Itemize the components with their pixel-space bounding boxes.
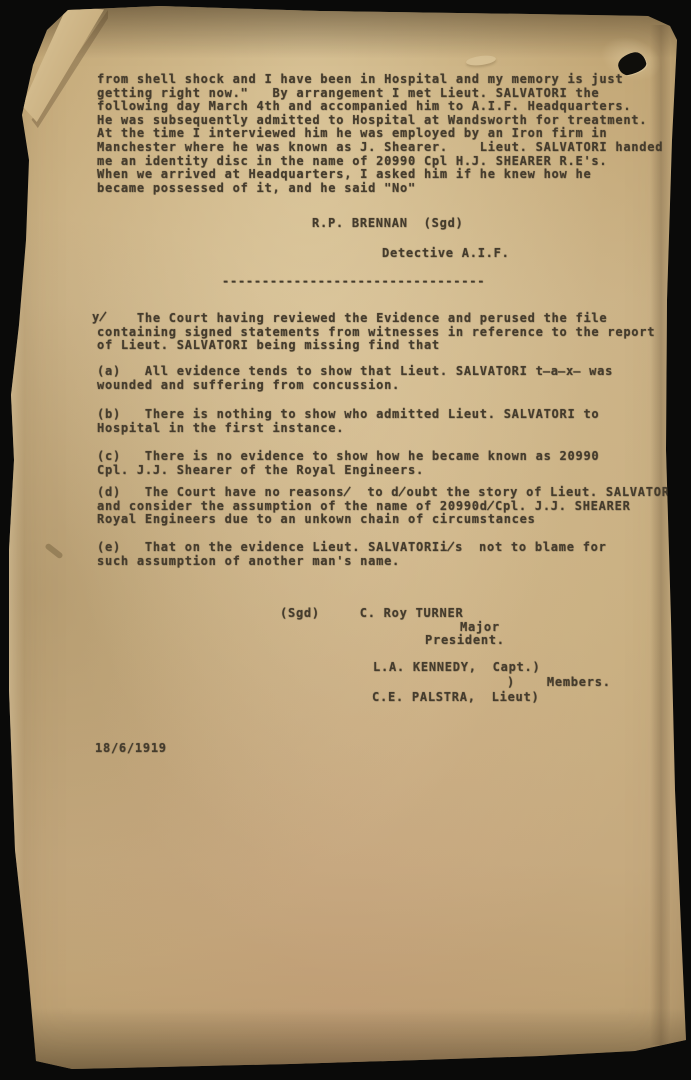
document-scan: from shell shock and I have been in Hosp… — [0, 0, 691, 1080]
court-review-paragraph: The Court having reviewed the Evidence a… — [97, 312, 655, 353]
finding-c: (c) There is no evidence to show how he … — [97, 450, 599, 477]
dashed-divider: --------------------------------- — [222, 275, 485, 289]
member-kennedy-line: L.A. KENNEDY, Capt.) — [373, 661, 540, 675]
document-date: 18/6/1919 — [95, 742, 167, 756]
members-brace-label: ) Members. — [507, 676, 611, 690]
finding-a: (a) All evidence tends to show that Lieu… — [97, 365, 613, 392]
crease-dimple — [466, 54, 497, 67]
opening-paragraph: from shell shock and I have been in Hosp… — [97, 73, 663, 195]
detective-title-line: Detective A.I.F. — [382, 247, 510, 261]
brennan-signature-line: R.P. BRENNAN (Sgd) — [312, 217, 464, 231]
fold-corner-highlight — [22, 6, 104, 122]
top-edge-shadow — [0, 0, 691, 58]
president-title-line: President. — [425, 634, 505, 648]
finding-d: (d) The Court have no reasons̸ to d̸oubt… — [97, 486, 678, 527]
bottom-edge-shadow — [0, 1008, 691, 1070]
finding-b: (b) There is nothing to show who admitte… — [97, 408, 599, 435]
member-palstra-line: C.E. PALSTRA, Lieut) — [372, 691, 539, 705]
finding-e: (e) That on the evidence Lieut. SALVATOR… — [97, 541, 607, 568]
left-edge-highlight — [8, 55, 24, 1045]
president-signed-line: (Sgd) C. Roy TURNER — [280, 607, 463, 621]
smudge-mark — [44, 542, 63, 559]
paper-sheet: from shell shock and I have been in Hosp… — [0, 0, 691, 1080]
